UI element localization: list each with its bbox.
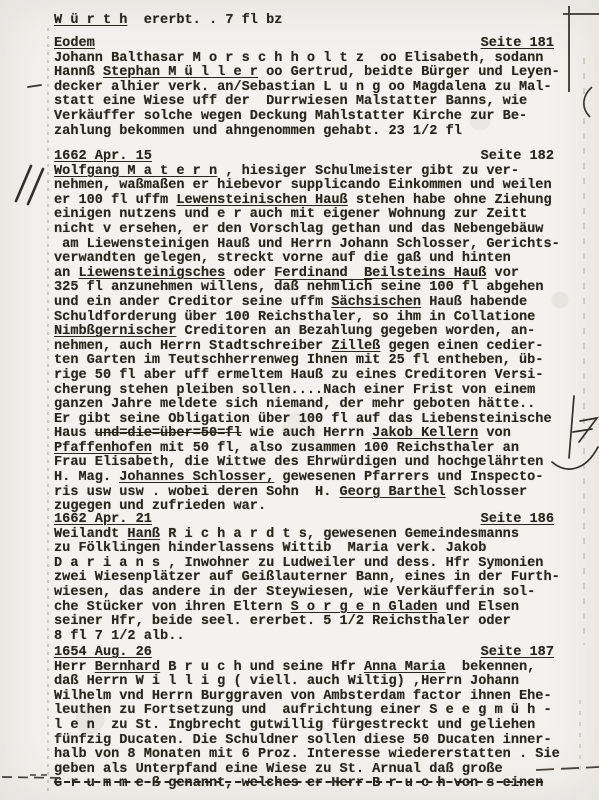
text-segment: decker alhier verk. an/Sebastian L u n g… xyxy=(54,80,552,95)
left-dash-mark xyxy=(28,85,41,87)
text-segment: statt eine Wiese uff der Durrwiesen Mals… xyxy=(54,94,527,109)
text-line: seiner Hfr, beide seel. ererbet. 5 1/2 R… xyxy=(54,615,554,630)
text-segment: che Stücker von ihren Eltern xyxy=(54,600,291,615)
text-line: leuthen zu Fortsetzung und aufrichtung e… xyxy=(54,704,554,719)
text-line: decker alhier verk. an/Sebastian L u n g… xyxy=(54,81,554,96)
text-line: fünfzig Ducaten. Die Schuldner sollen di… xyxy=(54,734,554,749)
text-segment: oo Gertrud, beidte Bürger und Leyen- xyxy=(258,65,560,80)
text-segment: mit 50 fl, also zusammen 100 Reichsthale… xyxy=(152,441,519,456)
text-segment: seine 100 fl abgehen xyxy=(372,280,543,295)
text-segment: vor xyxy=(486,266,519,281)
text-segment: 1654 Aug. 26 xyxy=(54,645,152,660)
text-segment: Hanß xyxy=(127,527,160,542)
text-segment: gewesenen Pfarrers und Inspecto- xyxy=(274,470,543,485)
text-line: W ü r t h ererbt. . 7 fl bz xyxy=(54,14,554,29)
corner-bracket-mark xyxy=(563,6,599,92)
text-segment: ganzen Jahre meldete sich niemand, der m… xyxy=(54,397,535,412)
page-number-label: Seite 181 xyxy=(481,37,554,52)
text-line: Johann Balthasar M o r s c h h o l t z o… xyxy=(54,52,554,67)
text-line: 325 fl anzunehmen willens, daß nehmlich … xyxy=(54,281,554,296)
text-line: und ein ander Creditor seine uffm Sächsi… xyxy=(54,296,554,311)
text-line: statt eine Wiese uff der Durrwiesen Mals… xyxy=(54,95,554,110)
text-segment: stehen habe ohne Ziehung xyxy=(348,193,552,208)
text-line: 8 fl 7 1/2 alb.. xyxy=(54,630,554,645)
text-segment: leuthen zu Fortsetzung und aufrichtung e… xyxy=(54,703,552,718)
text-segment: Creditoren an Bezahlung gegeben worden, … xyxy=(176,324,535,339)
text-segment: zahlung bekommen und ahngenommen gehabt.… xyxy=(54,124,462,139)
typewritten-text-block: W ü r t h ererbt. . 7 fl bzEodemSeite 18… xyxy=(54,0,554,800)
text-segment: Johann Balthasar M o r s c h h o l t z o… xyxy=(54,51,543,66)
text-segment: wie auch Herrn xyxy=(242,426,373,441)
text-line: nehmen, auch Herrn Stadtschreiber Zilleß… xyxy=(54,340,554,355)
text-segment: Hannß xyxy=(54,65,103,80)
parenthesis-mark xyxy=(584,87,592,117)
text-line: che Stücker von ihren Eltern S o r g e n… xyxy=(54,601,554,616)
text-segment: cherung stehen pleiben sollen....Nach ei… xyxy=(54,383,535,398)
entry-1662-apr-15-seite-182: 1662 Apr. 15Seite 182Wolfgang M a t e r … xyxy=(54,150,554,515)
text-line: geben als Unterpfand eine Wiese zu St. A… xyxy=(54,763,554,778)
text-segment: Schuldforderung über 100 Reichsthaler, s… xyxy=(54,310,535,325)
text-line: D a r i a n s , Inwohner zu Ludweiler un… xyxy=(54,557,554,572)
text-line: Verkäuffer solche wegen Deckung Mahlstat… xyxy=(54,110,554,125)
text-segment: Beilsteins Hauß xyxy=(364,266,486,281)
text-segment: geben als Unterpfand eine Wiese zu St. A… xyxy=(54,762,503,777)
text-line: Wilhelm vnd Herrn Burggraven von Ambster… xyxy=(54,690,554,705)
text-line: Hannß Stephan M ü l l e r oo Gertrud, be… xyxy=(54,66,554,81)
text-line: wiesen, das andere in der Steywiesen, wi… xyxy=(54,586,554,601)
text-segment: Herr xyxy=(54,660,95,675)
text-segment: Wolfgang M a t e r n xyxy=(54,164,217,179)
text-line: Frau Elisabeth, die Wittwe des Ehrwürdig… xyxy=(54,456,554,471)
text-line: zahlung bekommen und ahngenommen gehabt.… xyxy=(54,125,554,140)
text-segment: Bernhard xyxy=(95,660,160,675)
text-segment: Sächsischen xyxy=(331,295,421,310)
page-number-label: Seite 187 xyxy=(481,646,554,661)
text-segment: l e n zu St. Ingbrecht gutwillig fürgest… xyxy=(54,718,535,733)
text-line: ris usw usw . wobei deren Sohn H. Georg … xyxy=(54,486,554,501)
text-segment: 8 fl 7 1/2 alb.. xyxy=(54,629,185,644)
text-line: verwandten gelegen, streckt vorne auf di… xyxy=(54,252,554,267)
text-line: Nimbßgernischer Creditoren an Bezahlung … xyxy=(54,325,554,340)
text-line: Schuldforderung über 100 Reichsthaler, s… xyxy=(54,311,554,326)
text-line: G r u m m e ß genannt, welches er Herr B… xyxy=(54,777,554,792)
text-segment: ererbt. . 7 fl bz xyxy=(127,13,282,28)
text-line: am Liewensteinigen Hauß und Herrn Johann… xyxy=(54,238,554,253)
text-segment: Frau Elisabeth, die Wittwe des Ehrwürdig… xyxy=(54,455,543,470)
text-line: nicht v ersehen, er den Vorschlag gethan… xyxy=(54,223,554,238)
entry-1662-apr-21-seite-186: 1662 Apr. 21Seite 186Weilandt Hanß R i c… xyxy=(54,513,554,644)
text-segment: und Elsen xyxy=(437,600,519,615)
text-segment: gegen einen cedier- xyxy=(380,339,543,354)
text-segment: daß Herrn W i l l i g ( viell. auch Wilt… xyxy=(54,674,519,689)
text-segment: Pfaffenhofen xyxy=(54,441,152,456)
text-segment: B r u c h und seine Hfr xyxy=(160,660,364,675)
text-segment: von xyxy=(478,426,511,441)
text-segment: Wilhelm vnd Herrn Burggraven von Ambster… xyxy=(54,689,552,704)
text-segment: Verkäuffer solche wegen Deckung Mahlstat… xyxy=(54,109,527,124)
text-segment: oder Ferdinand xyxy=(225,266,364,281)
entry-1654-aug-26-seite-187: 1654 Aug. 26Seite 187Herr Bernhard B r u… xyxy=(54,646,554,792)
text-line: H. Mag. Johannes Schlosser, gewesenen Pf… xyxy=(54,471,554,486)
text-line: ganzen Jahre meldete sich niemand, der m… xyxy=(54,398,554,413)
text-line: nehmen, waßmaßen er hiebevor supplicando… xyxy=(54,179,554,194)
text-segment: H. Mag. xyxy=(54,470,119,485)
text-segment: Lewensteinischen Hauß xyxy=(176,193,347,208)
text-segment: er 100 fl uffm xyxy=(54,193,176,208)
text-segment: Liewensteinigsches xyxy=(78,266,225,281)
text-segment: daß nehmlich xyxy=(274,280,372,295)
text-line: er 100 fl uffm Lewensteinischen Hauß ste… xyxy=(54,194,554,209)
text-segment: wiesen, das andere in der Steywiesen, wi… xyxy=(54,585,535,600)
text-segment: G r u m m e ß genannt, welches er Herr B… xyxy=(54,776,543,791)
text-segment: Schlosser xyxy=(446,485,528,500)
entry-eodem-seite-181: EodemSeite 181Johann Balthasar M o r s c… xyxy=(54,37,554,139)
text-segment: Georg Barthel xyxy=(340,485,446,500)
text-segment: nehmen, waßmaßen er hiebevor supplicando… xyxy=(54,178,552,193)
text-line: Pfaffenhofen mit 50 fl, also zusammen 10… xyxy=(54,442,554,457)
page-number-label: Seite 186 xyxy=(481,513,554,528)
text-segment: zwei Wiesenplätzer auf Geißlauterner Ban… xyxy=(54,570,560,585)
text-segment: ten Garten im Teutschherrenweg Ihnen mit… xyxy=(54,353,543,368)
text-segment: R i c h a r d t s, gewesenen Gemeindesma… xyxy=(160,527,519,542)
text-segment: D a r i a n s , Inwohner zu Ludweiler un… xyxy=(54,556,543,571)
text-line: Haus und=die=über=50=fl wie auch Herrn J… xyxy=(54,427,554,442)
text-line: Weilandt Hanß R i c h a r d t s, gewesen… xyxy=(54,528,554,543)
handwritten-squiggle-mark xyxy=(552,396,598,469)
text-line: ten Garten im Teutschherrenweg Ihnen mit… xyxy=(54,354,554,369)
text-segment: seiner Hfr, beide seel. ererbet. 5 1/2 R… xyxy=(54,614,511,629)
text-line: EodemSeite 181 xyxy=(54,37,554,52)
text-segment: 1662 Apr. 15 xyxy=(54,149,152,164)
text-line: zu Fölklingen hinderlassens Wittib Maria… xyxy=(54,542,554,557)
text-segment: und=die=über=50=fl xyxy=(95,426,242,441)
double-slash-mark xyxy=(16,166,43,204)
text-line: Herr Bernhard B r u c h und seine Hfr An… xyxy=(54,661,554,676)
text-segment: Jakob Kellern xyxy=(372,426,478,441)
text-segment: Weilandt xyxy=(54,527,127,542)
text-segment: Johannes Schlosser, xyxy=(119,470,274,485)
text-segment: W ü r t h xyxy=(54,13,127,28)
text-line: halb von 8 Monaten mit 6 Proz. Interesse… xyxy=(54,748,554,763)
text-line: 1662 Apr. 21Seite 186 xyxy=(54,513,554,528)
text-segment: bekennen, xyxy=(446,660,536,675)
text-segment: 325 fl anzunehmen willens, xyxy=(54,280,274,295)
text-line: 1662 Apr. 15Seite 182 xyxy=(54,150,554,165)
scanned-document-page: { "page": { "kind": "typewritten archiva… xyxy=(0,0,599,800)
text-line: rige 50 fl aber uff ermeltem Hauß zu ein… xyxy=(54,369,554,384)
text-segment: fünfzig Ducaten. Die Schuldner sollen di… xyxy=(54,733,552,748)
text-segment: Zilleß xyxy=(331,339,380,354)
text-segment: und ein ander Creditor seine uffm xyxy=(54,295,331,310)
text-segment: Nimbßgernischer xyxy=(54,324,176,339)
text-segment: Anna Maria xyxy=(364,660,446,675)
text-segment: an xyxy=(54,266,78,281)
text-segment: Eodem xyxy=(54,36,95,51)
text-line: l e n zu St. Ingbrecht gutwillig fürgest… xyxy=(54,719,554,734)
text-segment: am Liewensteinigen Hauß und Herrn Johann… xyxy=(54,237,560,252)
text-line: zwei Wiesenplätzer auf Geißlauterner Ban… xyxy=(54,571,554,586)
text-segment: Stephan M ü l l e r xyxy=(103,65,258,80)
text-line: Er gibt seine Obligation über 100 fl auf… xyxy=(54,413,554,428)
text-segment: , hiesiger Schulmeister gibt zu ver- xyxy=(217,164,519,179)
entry-wuerth: W ü r t h ererbt. . 7 fl bz xyxy=(54,14,554,29)
text-segment: halb von 8 Monaten mit 6 Proz. Interesse… xyxy=(54,747,560,762)
text-line: daß Herrn W i l l i g ( viell. auch Wilt… xyxy=(54,675,554,690)
text-line: 1654 Aug. 26Seite 187 xyxy=(54,646,554,661)
text-segment: verwandten gelegen, streckt vorne auf di… xyxy=(54,251,511,266)
text-segment: ris usw usw . wobei deren Sohn H. xyxy=(54,485,340,500)
text-segment: S o r g e n Gladen xyxy=(291,600,438,615)
text-segment: Hauß habende xyxy=(421,295,527,310)
text-line: Wolfgang M a t e r n , hiesiger Schulmei… xyxy=(54,165,554,180)
text-line: cherung stehen pleiben sollen....Nach ei… xyxy=(54,384,554,399)
text-segment: einigen nutzens und e r auch mit eigener… xyxy=(54,207,527,222)
text-segment: Er gibt seine Obligation über 100 fl auf… xyxy=(54,412,552,427)
page-number-label: Seite 182 xyxy=(481,150,554,165)
text-segment: zu Fölklingen hinderlassens Wittib Maria… xyxy=(54,541,486,556)
text-segment: nehmen, auch Herrn Stadtschreiber xyxy=(54,339,331,354)
text-segment: rige 50 fl aber uff ermeltem Hauß zu ein… xyxy=(54,368,543,383)
text-segment: Haus xyxy=(54,426,95,441)
text-line: einigen nutzens und e r auch mit eigener… xyxy=(54,208,554,223)
text-segment: 1662 Apr. 21 xyxy=(54,512,152,527)
text-segment: nicht v ersehen, er den Vorschlag gethan… xyxy=(54,222,543,237)
